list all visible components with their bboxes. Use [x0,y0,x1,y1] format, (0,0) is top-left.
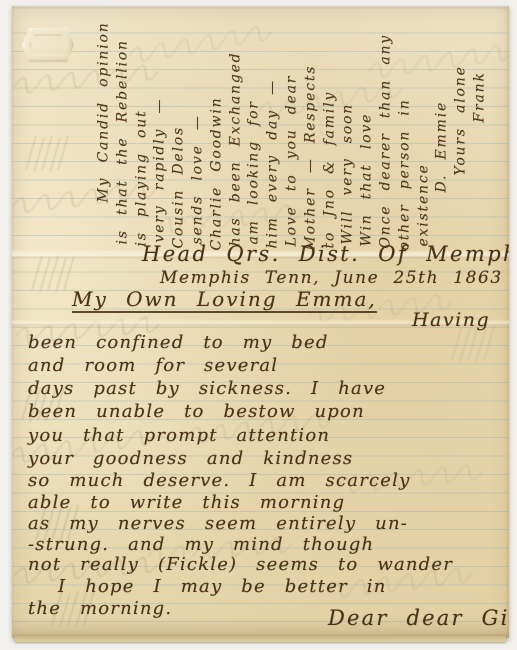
embossed-seal-ridge [29,33,67,57]
letter-body-line: I hope I may be better in [58,576,387,597]
letter-closing: Dear dear Girl [328,606,509,630]
letter-body-line: been confined to my bed [28,332,329,353]
letter-body-line: able to write this morning [28,492,345,513]
letter-opening-word: Having [412,309,490,331]
crosswriting-line: D. Emmie [433,6,452,251]
crosswriting-block: My Candid opinion is that the Rebellion … [95,6,490,251]
crosswriting-line: Win that love [358,6,377,251]
crosswriting-line: very rapidly — [151,6,170,251]
crosswriting-line: is that the Rebellion [113,6,132,251]
crosswriting-line: Yours alone [452,6,471,251]
letter-dateline: Memphis Tenn, June 25th 1863 [160,268,503,288]
crosswriting-line: to Jno & family [320,6,339,251]
crosswriting-line: Once dearer than any [376,6,395,251]
letter-body-line: so much deserve. I am scarcely [28,470,410,491]
letter-body-line: you that prompt attention [28,425,330,446]
letter-body-line: been unable to bestow upon [28,401,365,422]
crosswriting-line: Charlie Goodwin [207,6,226,251]
letter-paper: My Candid opinion is that the Rebellion … [12,6,509,638]
letter-body-line: your goodness and kindness [28,448,353,469]
crosswriting-line: My Candid opinion [95,6,114,251]
crosswriting-line: has been Exchanged [226,6,245,251]
crosswriting-line: Mother — Respects [301,6,320,251]
crosswriting-line: Cousin Delos [170,6,189,251]
crosswriting-line: Love to you dear [282,6,301,251]
letter-body-line: as my nerves seem entirely un- [28,513,408,534]
embossed-paper-seal [22,26,74,64]
letter-heading: Head Qrs. Dist. Of Memphis. [142,242,509,266]
crosswriting-line: Frank [470,6,489,251]
crosswriting-line: am looking for [245,6,264,251]
letter-salutation: My Own Loving Emma, [72,287,377,311]
crosswriting-line: other person in [395,6,414,251]
letter-scan: My Candid opinion is that the Rebellion … [0,0,517,650]
crosswriting-line: him every day — [264,6,283,251]
second-sheet-edge [15,636,506,642]
crosswriting-line: existence [414,6,433,251]
letter-body-line: not really (Fickle) seems to wander [28,554,453,575]
crosswriting-line: Will very soon [339,6,358,251]
letter-body-line: the morning. [28,598,172,619]
letter-body-line: days past by sickness. I have [28,378,386,399]
crosswriting-line: sends love — [188,6,207,251]
letter-body-line: -strung. and my mind though [28,534,374,555]
crosswriting-line: is playing out [132,6,151,251]
letter-body-line: and room for several [28,355,278,376]
